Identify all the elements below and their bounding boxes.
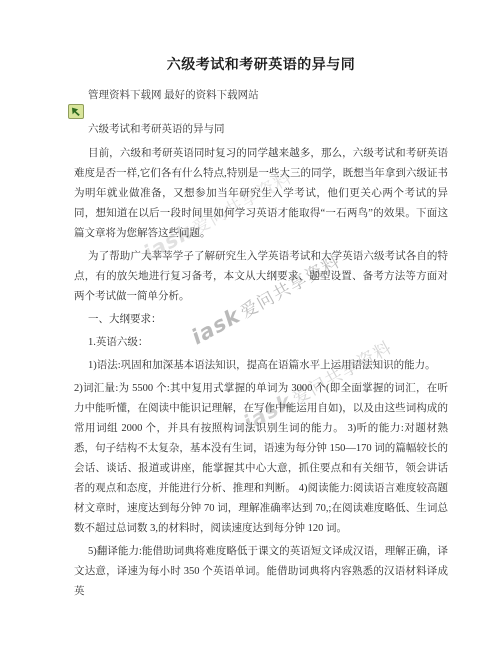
section-heading-cet6: 1.英语六级： bbox=[74, 333, 448, 353]
document-content: 六级考试和考研英语的异与同 管理资料下载网 最好的资料下载网站 六级考试和考研英… bbox=[74, 0, 448, 602]
document-page: iask爱问共享资料 iask爱问共享资料 iask爱问共享资料 六级考试和考研… bbox=[0, 0, 500, 647]
paragraph-grammar: 1)语法:巩固和加深基本语法知识，提高在语篇水平上运用语法知识的能力。 bbox=[74, 356, 448, 376]
paragraph-translation: 5)翻译能力:能借助词典将难度略低于课文的英语短文译成汉语，理解正确，译文达意，… bbox=[74, 542, 448, 602]
site-credit-line: 管理资料下载网 最好的资料下载网站 bbox=[88, 89, 448, 102]
section-heading-outline: 一、大纲要求： bbox=[74, 310, 448, 330]
anchor-icon-row bbox=[68, 104, 448, 119]
paragraph-vocabulary-listening-reading: 2)词汇量:为 5500 个:其中复用式掌握的单词为 3000 个(即全面掌握的… bbox=[74, 379, 448, 539]
paragraph-intro-1: 目前，六级和考研英语同时复习的同学越来越多，那么，六级考试和考研英语难度是否一样… bbox=[74, 144, 448, 244]
green-arrow-icon bbox=[68, 104, 84, 119]
paragraph-intro-2: 为了帮助广大莘莘学子了解研究生入学英语考试和大学英语六级考试各自的特点，有的放矢… bbox=[74, 247, 448, 307]
page-title: 六级考试和考研英语的异与同 bbox=[74, 56, 448, 76]
document-subtitle: 六级考试和考研英语的异与同 bbox=[88, 123, 448, 136]
